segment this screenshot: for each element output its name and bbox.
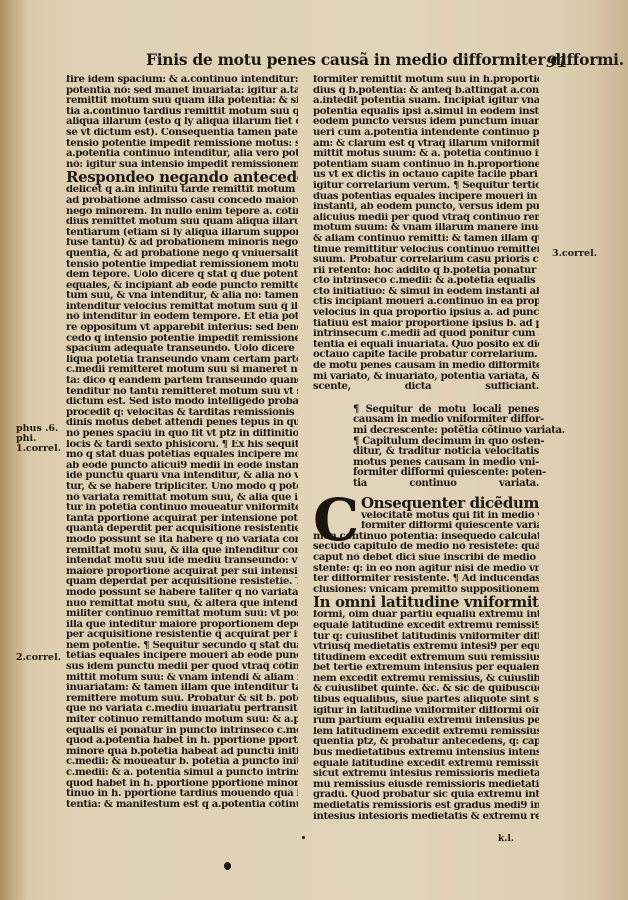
text-line: ter difformiter resistente. ¶ Ad inducen… (313, 574, 539, 585)
text-line: gradũ. Quod probatur sic quia extremũ in… (313, 790, 539, 801)
margin-note-1-correl: 1.correl. (16, 444, 61, 454)
text-line: remittere motum suũ. Probatur & sit b. p… (66, 694, 298, 705)
left-paragraph-2: delicet q a.in infinitũ tarde remittit m… (66, 185, 298, 810)
opening-lines: velocitate motus qui fit in medio vni-fo… (361, 511, 539, 532)
heading-line: mi decrescente: potẽtia cõtinuo variata. (353, 426, 539, 437)
text-line: & aliam continuo remitti: & tamen illam … (313, 234, 539, 245)
text-line: titudinem excedit extremum suũ remissius… (313, 653, 539, 664)
text-line: us vt ex dictis in octauo capite facile … (313, 170, 539, 181)
text-line: tur, & se habere tripliciter. Uno modo q… (66, 482, 298, 493)
text-line: inuariatam: & tamen illam que intenditur… (66, 683, 298, 694)
edge-shadow (560, 0, 628, 900)
heading-line: tia continuo variata. (353, 479, 539, 490)
left-paragraph-1: fire idem spacium: & a.continuo intendit… (66, 75, 298, 170)
scanned-page: Finis de motu penes causã in medio diffo… (0, 0, 628, 900)
text-line: ctis incipiant moueri a.continuo in ea p… (313, 297, 539, 308)
text-line: duas potentias equales incipere moueri i… (313, 192, 539, 203)
running-header: Finis de motu penes causã in medio diffo… (146, 50, 546, 69)
text-line: sus idem punctũ medii per quod vtraq̃ cõ… (66, 662, 298, 673)
text-line: igitur in latitudine vniformiter difform… (313, 706, 539, 717)
respondeo-line: Respondeo negando antecedens vi- (66, 170, 298, 185)
text-line: motum suum: & vnam illarum manere inuari… (313, 223, 539, 234)
text-line: procedit q: velocitas & tarditas remissi… (66, 408, 298, 419)
text-line: delicet q a.in infinitũ tarde remittit m… (66, 185, 298, 196)
text-line: nego minorem. In nullo enim tẽpore a. cõ… (66, 207, 298, 218)
right-paragraph-1: formiter remittit motum suũ in h.proport… (313, 75, 539, 393)
text-line: idẽ punctũ quarũ vna intenditur, & alia … (66, 471, 298, 482)
text-line: tenditur nõ tantũ remitteret motum suũ v… (66, 387, 298, 398)
text-line: tentiarum (etiam si ly aliqua illarum su… (66, 228, 298, 239)
text-line: nõ: igitur sua intensio impedit remissio… (66, 160, 298, 171)
text-line: velocitate motus qui fit in medio vni- (361, 511, 539, 522)
ink-spot (224, 862, 231, 870)
text-line: potentia equalis ipsi a.simul in eodem i… (313, 107, 539, 118)
text-line: liqua potẽtia transeundo vnam certam par… (66, 355, 298, 366)
text-line: caput nõ debet dici siue inscribi de med… (313, 553, 539, 564)
text-line: eodem puncto versus idem punctum inuaria… (313, 117, 539, 128)
text-line: cto intrinseco c.medii: & a.potẽtia equa… (313, 276, 539, 287)
text-line: c.medii: & moueatur b. potẽtia a puncto … (66, 757, 298, 768)
text-line: equalis ei ponatur in puncto intrinseco … (66, 726, 298, 737)
text-line: bet tertie extremum intensius per equale… (313, 663, 539, 674)
text-line: que nõ variata c.mediũ inuariatũ pertran… (66, 704, 298, 715)
text-line: tantã pportionẽ acquirat per intensionẽ … (66, 514, 298, 525)
text-line: tia a.continuo tardius remittit motum su… (66, 107, 298, 118)
text-line: militer continuo remittat motum suũ: vt … (66, 609, 298, 620)
text-line: quam deperdat per acquisitionẽ resistẽti… (66, 577, 298, 588)
text-line: dem tẽpore. Uolo dicere q stat q due pot… (66, 270, 298, 281)
text-line: fuse tantũ) & ad probationem minoris neg… (66, 238, 298, 249)
text-line: equales, & incipiant ab eodẽ puncto remi… (66, 281, 298, 292)
text-line: dius q̃ b.potentia: & anteq̃ b.attingat … (313, 86, 539, 97)
text-line: ta: dico q eandem partem transeundo quan… (66, 376, 298, 387)
text-line: stente: q: in eo non agitur nisi de medi… (313, 564, 539, 575)
text-line: tensio potentie impediat remissionem mot… (66, 260, 298, 271)
proposition-line: In omni latitudine vniformiter dif- (313, 595, 539, 610)
text-line: per acquisitionẽ resistentie q̃ acquirat… (66, 630, 298, 641)
text-line: se vt dictum est). Consequentia tamen pa… (66, 128, 298, 139)
text-line: vtriusq̃ medietatis extremũ intẽsi9 per … (313, 642, 539, 653)
text-line: tentia ei equali inuariata. Quo posito e… (313, 340, 539, 351)
text-line: fire idem spacium: & a.continuo intendit… (66, 75, 298, 86)
text-line: rum partium equaliũ extremũ intensius pe… (313, 716, 539, 727)
text-line: modo possunt se habere taliter q nõ vari… (66, 588, 298, 599)
text-line: quod a.potentia habet in h. pportione pp… (66, 736, 298, 747)
text-line: tinue remittitur velocius continuo remit… (313, 245, 539, 256)
text-line: scente, dicta sufficiant. (313, 382, 539, 393)
text-line: tẽtias equales incipere moueri ab eodẽ p… (66, 651, 298, 662)
text-line: velocius in qua proportio ipsius a. ad p… (313, 308, 539, 319)
text-line: tinuo in h. pportione tardius mouendo qu… (66, 789, 298, 800)
text-line: ad probationẽ admisso casu concedo maior… (66, 196, 298, 207)
text-line: intenditur velocius remittat motum suũ q… (66, 302, 298, 313)
text-line: medietatis remissioris est gradus medi9 … (313, 801, 539, 812)
right-column: formiter remittit motum suũ in h.proport… (313, 75, 539, 822)
left-column: fire idem spacium: & a.continuo intendit… (66, 75, 298, 810)
text-line: cto initiatiuo: & simul in eodem instant… (313, 287, 539, 298)
text-line: c.medii remitteret motum suũ si maneret … (66, 365, 298, 376)
text-line: ab eodẽ puncto alicui9 medii in eodẽ ins… (66, 461, 298, 472)
text-line: formiter difformi quiescente variata ta (361, 521, 539, 532)
text-line: intrinsecum c.medii ad quod ponitur cum … (313, 329, 539, 340)
text-line: intendat motũ suũ idẽ mediũ transeundo: … (66, 556, 298, 567)
text-line: clusiones: vnicam premitto suppositionem… (313, 585, 539, 596)
chapter-opening: C Onsequenter dicẽdum est de velocitate … (313, 496, 539, 532)
text-line: dius remittet motum suũ quam aliqua illa… (66, 217, 298, 228)
text-line: nem excedit extremũ remissius, & cuiusli… (313, 674, 539, 685)
text-line: mi variato, & inuariato, potentia variat… (313, 372, 539, 383)
text-line: lem latitudinem excedit extremũ remissiu… (313, 727, 539, 738)
text-line: equalẽ latitudinẽ excedit extremũ remiss… (313, 759, 539, 770)
text-line: am: & clarum est q vtraq̃ illarum vnifor… (313, 139, 539, 150)
text-line: tensio potentie impedit remissionẽ motus… (66, 139, 298, 150)
text-line: c.medii: & a. potentia simul a puncto in… (66, 768, 298, 779)
text-line: igitur correlarium verum. ¶ Sequitur ter… (313, 181, 539, 192)
text-line: nem potentie. ¶ Sequitur secundo q stat … (66, 641, 298, 652)
text-line: de motu penes causam in medio difformite… (313, 361, 539, 372)
text-line: ueri cum a.potentia intendente continuo … (313, 128, 539, 139)
text-line: equalẽ latitudinẽ excedit extremũ remiss… (313, 621, 539, 632)
margin-note-2-correl: 2.correl. (16, 653, 61, 663)
text-line: mo q stat duas potẽtias equales incipere… (66, 450, 298, 461)
text-line: alicuius medii per quod vtraq̃ continuo … (313, 213, 539, 224)
decorated-initial: C (313, 496, 359, 544)
right-paragraph-3: formi, oim duar partiũ equaliũ extremũ i… (313, 610, 539, 822)
text-line: tibus equalibus, siue partes aliquote si… (313, 695, 539, 706)
text-line: formi, oim duar partiũ equaliũ extremũ i… (313, 610, 539, 621)
text-line: aliqua illarum (esto q ly aliqua illarum… (66, 117, 298, 128)
text-line: dinis motus debet attendi penes tẽpus in… (66, 418, 298, 429)
text-line: tum suũ, & vna intenditur, & alia nõ: ta… (66, 291, 298, 302)
text-line: mũ remissius eiusdẽ remissioris medietat… (313, 780, 539, 791)
text-line: tentia: & manifestum est q a.potentia cõ… (66, 800, 298, 811)
text-line: miter cõtinuo remittando motum suũ: & a.… (66, 715, 298, 726)
text-line: intẽsius intẽsioris medietatis & extremũ… (313, 812, 539, 823)
text-line: maiorẽ proportionẽ acquirat per sui inte… (66, 567, 298, 578)
text-line: dictum est. Sed isto modo intelligẽdo pr… (66, 397, 298, 408)
text-line: tur q: cuiuslibet latitudinis vniformite… (313, 632, 539, 643)
text-line: minorẽ quã b.potẽtia habeat ad punctũ in… (66, 747, 298, 758)
chapter-heading: ¶ Sequitur de motu locali penescausam in… (353, 405, 539, 490)
margin-note-3-correl: 3.correl. (552, 249, 597, 259)
opening-line: Onsequenter dicẽdum est de (361, 496, 539, 511)
text-line: tiatiuũ est maior proportione ipsius b. … (313, 319, 539, 330)
text-line: remittat motũ suũ, & illa que intenditur… (66, 546, 298, 557)
text-line: mittit motus suum: & a. potẽtia continuo… (313, 149, 539, 160)
text-line: potentia nõ: sed manet inuariata: igitur… (66, 86, 298, 97)
ink-speck (302, 836, 305, 839)
text-line: formiter remittit motum suũ in h.proport… (313, 75, 539, 86)
text-line: locis & tardi sexto phisicorũ. ¶ Ex his … (66, 440, 298, 451)
text-line: nuo remittat motũ suũ, & alterã que inte… (66, 599, 298, 610)
text-line: mittit motum suũ: & vnam intendi & aliam… (66, 673, 298, 684)
text-line: octauo capite facile probatur correlariu… (313, 350, 539, 361)
text-line: & cuiuslibet quinte. &c. & sic de quibus… (313, 684, 539, 695)
text-line: quentia ptz, & probatur antecedens, q: c… (313, 737, 539, 748)
text-line: potentiam suam continuo in h.proportione… (313, 160, 539, 171)
folio-number: 91 (546, 52, 568, 71)
text-line: a.intẽdit potentiã suam. Incipiat igitur… (313, 96, 539, 107)
text-line: remittit motum suũ quam illa potentia: &… (66, 96, 298, 107)
text-line: rii retento: hoc addito q b.potẽtia pona… (313, 266, 539, 277)
text-line: nõ penes spaciũ in quo fit vt ptz in dif… (66, 429, 298, 440)
text-line: quantã deperdit per acquisitionẽ resiste… (66, 524, 298, 535)
text-line: re oppositum vt apparebit inferius: sed … (66, 323, 298, 334)
text-line: suum. Probatur correlarium casu prioris … (313, 255, 539, 266)
text-line: spacium adequate transeundo. Uolo dicere… (66, 344, 298, 355)
text-line: quod habet in h. pportione pportionẽ min… (66, 779, 298, 790)
text-line: nõ variata remittat motum suũ, & alia qu… (66, 493, 298, 504)
text-line: sicut extremũ intẽsius remissioris medie… (313, 769, 539, 780)
text-line: a.potentia continuo intenditur, alia ver… (66, 149, 298, 160)
text-line: nõ intenditur in eodem tempore. Et etiã … (66, 312, 298, 323)
text-line: quentiã, & ad probationẽ nego q vniuersa… (66, 249, 298, 260)
text-line: modo possunt se ita habere q nõ variata … (66, 535, 298, 546)
text-line: bus medietatibus extremũ intensius inten… (313, 748, 539, 759)
text-line: tur in potẽtia continuo moueatur vniform… (66, 503, 298, 514)
signature-mark: k.l. (498, 834, 514, 844)
text-line: instanti, ab eodem puncto, versus idem p… (313, 202, 539, 213)
text-line: cedo q intensio potentie impedit remissi… (66, 334, 298, 345)
text-line: illa que intẽditur maiorẽ proportionem d… (66, 620, 298, 631)
